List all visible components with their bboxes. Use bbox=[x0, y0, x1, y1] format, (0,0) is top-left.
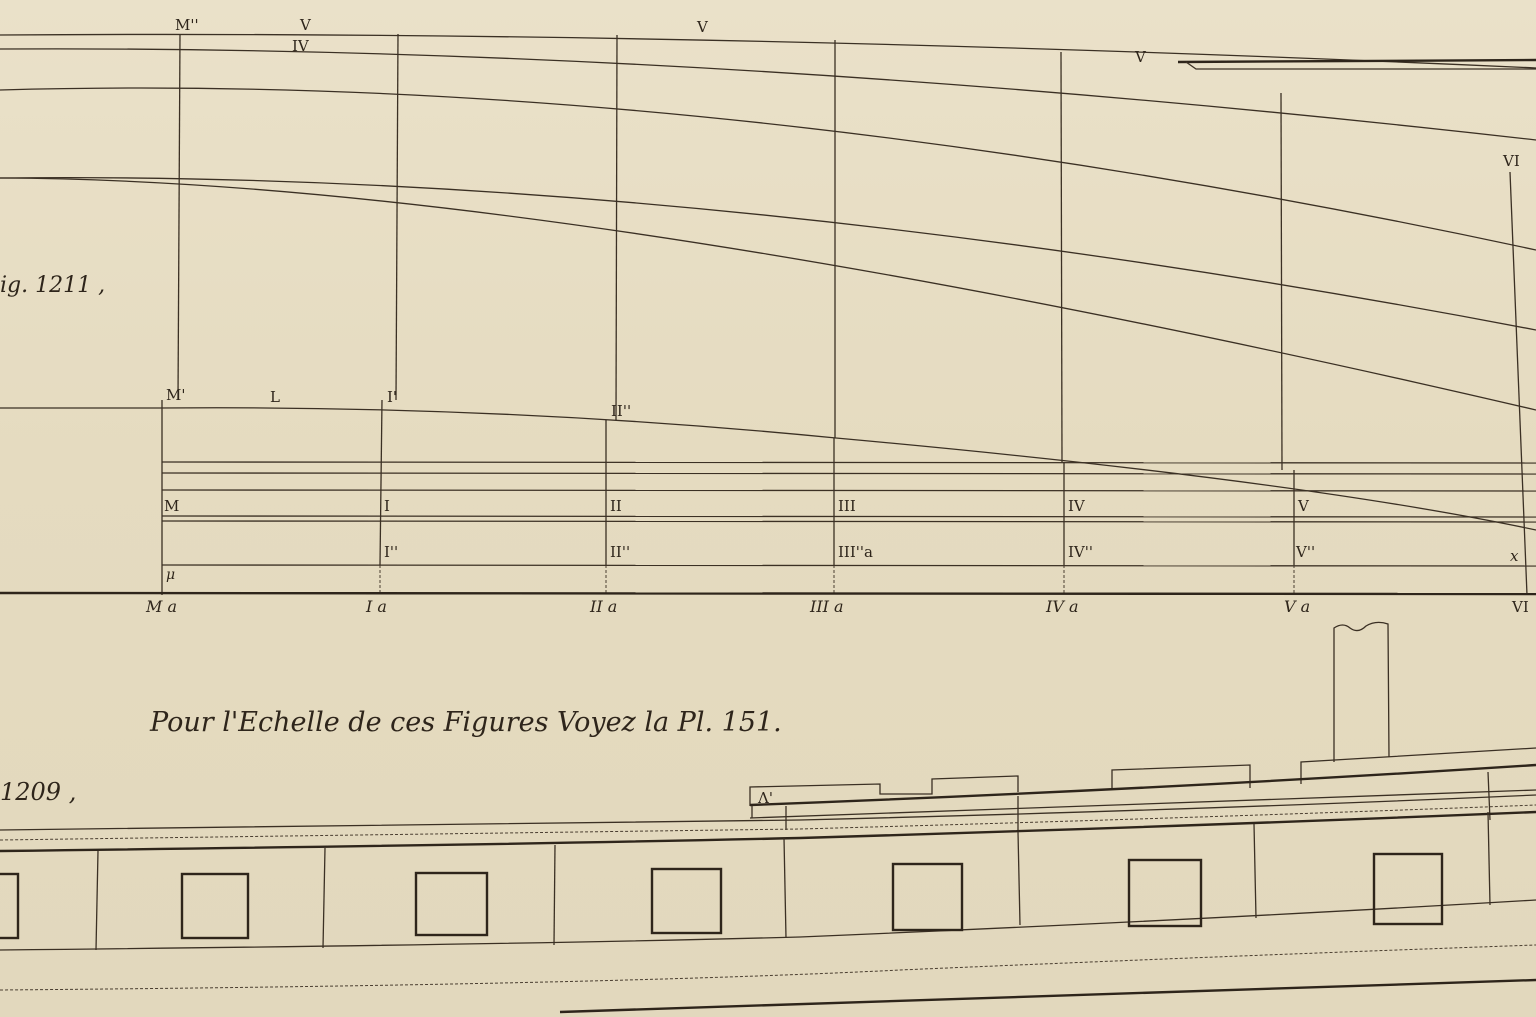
baseline-labels: M a I a II a III a IV a V a VI bbox=[145, 597, 1529, 616]
svg-text:IV a: IV a bbox=[1045, 597, 1079, 616]
svg-text:I: I bbox=[384, 497, 390, 515]
gun-ports bbox=[0, 854, 1442, 938]
engraving-plate: M'' V IV V V VI ig. 1211 , M' L I' II'' … bbox=[0, 0, 1536, 1017]
label-m-double-prime: M'' bbox=[175, 16, 199, 34]
svg-text:V a: V a bbox=[1284, 597, 1310, 616]
label-v-right: V bbox=[1134, 48, 1147, 66]
label-m-prime: M' bbox=[166, 386, 185, 404]
scale-caption: Pour l'Echelle de ces Figures Voyez la P… bbox=[149, 707, 782, 738]
figure-label-1211: ig. 1211 , bbox=[0, 273, 105, 298]
svg-text:III: III bbox=[838, 497, 856, 515]
label-ii-double-prime: II'' bbox=[611, 402, 631, 420]
label-a-prime: Λ' bbox=[757, 789, 773, 807]
figure-label-1209: 1209 , bbox=[0, 778, 76, 806]
svg-text:IV'': IV'' bbox=[1068, 543, 1093, 561]
svg-text:III''a: III''a bbox=[838, 543, 873, 561]
ship-plan-drawing: M'' V IV V V VI ig. 1211 , M' L I' II'' … bbox=[0, 0, 1536, 1017]
svg-text:III a: III a bbox=[809, 597, 844, 616]
lower-figure-hull bbox=[0, 622, 1536, 1012]
svg-text:IV: IV bbox=[1068, 497, 1086, 515]
svg-text:V'': V'' bbox=[1295, 543, 1315, 561]
svg-text:II a: II a bbox=[589, 597, 617, 616]
svg-text:II'': II'' bbox=[610, 543, 630, 561]
svg-text:II: II bbox=[610, 497, 622, 515]
label-l: L bbox=[270, 388, 280, 406]
label-mu: μ bbox=[166, 567, 175, 583]
station-labels: M I II III IV V bbox=[164, 497, 1310, 515]
svg-text:V: V bbox=[1297, 497, 1310, 515]
label-iv: IV bbox=[292, 37, 310, 55]
label-i-prime: I' bbox=[387, 388, 397, 406]
label-x: x bbox=[1510, 547, 1519, 565]
sheer-lines bbox=[0, 34, 1536, 410]
svg-text:I'': I'' bbox=[384, 543, 398, 561]
label-vi: VI bbox=[1502, 152, 1520, 170]
svg-text:M: M bbox=[164, 497, 179, 515]
label-v-mid: V bbox=[696, 18, 709, 36]
svg-text:M a: M a bbox=[145, 597, 177, 616]
svg-text:VI: VI bbox=[1511, 598, 1529, 616]
svg-text:I a: I a bbox=[365, 597, 387, 616]
label-v-left: V bbox=[299, 16, 312, 34]
station-double-labels: I'' II'' III''a IV'' V'' bbox=[384, 543, 1315, 561]
